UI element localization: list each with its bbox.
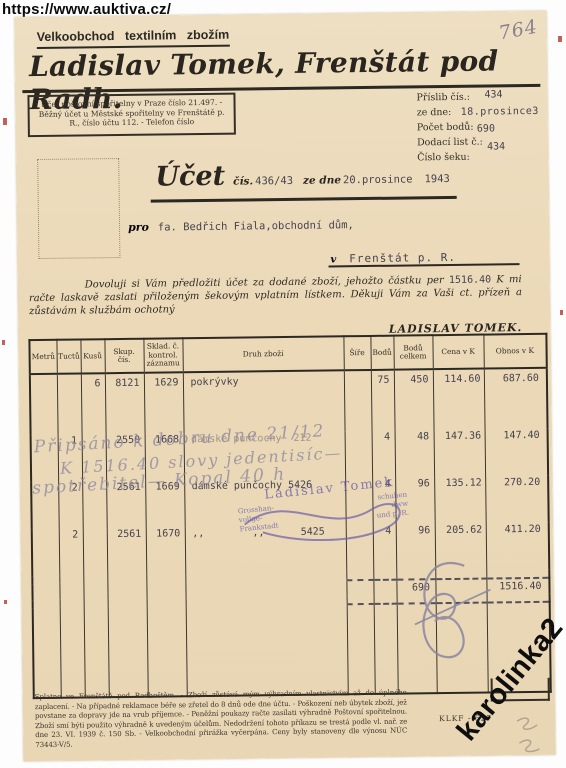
stamp-signature-swirl [232,474,433,556]
handwritten-number: 764 [497,16,540,45]
empty-stamp-frame [37,158,120,259]
pencil-marks [511,711,552,761]
field-value: 690 [477,123,495,134]
pencil-paraph [400,557,496,668]
col-header: Bodů [370,336,393,370]
field-prislib: Příslib čís.: 434 [416,91,546,108]
recipient-line: pro fa. Bedřich Fiala,obchodní dům, [128,218,354,234]
field-dodaci-list: Dodací list č.: 434 [417,136,547,153]
col-header: Druh zboží [182,336,343,372]
ze-dne-label: ze dne [303,174,341,186]
col-header: Cena v K [432,335,483,370]
field-label: ze dne: [417,107,452,118]
invoice-document: Velkoobchod textilním zbožím Ladislav To… [14,11,555,761]
field-label: Příslib čís.: [416,92,470,104]
col-header: Bodů celkem [393,335,432,369]
recipient-name: fa. Bedřich Fiala,obchodní dům, [158,219,354,233]
col-header: Skup. čís. [104,339,143,373]
col-header: Metrů [29,340,56,374]
body-paragraph: Dovoluji si Vám předložiti účet za dodan… [29,273,522,318]
recipient-place: Frenštát p. R. [349,251,456,265]
invoice-heading: Účet čís. 436/43 ze dne 20.prosince 1943 [155,158,460,193]
field-ze-dne: ze dne: 18.prosince3 [417,106,547,123]
field-value: 18.prosince3 [461,106,539,118]
field-value: 434 [484,89,502,100]
pro-label: pro [128,221,149,234]
field-pocet-bodu: Počet bodů: 690 [417,121,547,138]
letterhead-tagline: Velkoobchod textilním zbožím [37,28,230,49]
invoice-title: Účet [155,161,225,193]
invoice-year: 1943 [424,173,449,185]
col-header: Kusů [80,339,104,373]
col-header: Tuctů [56,339,80,373]
reference-fields: Příslib čís.: 434 ze dne: 18.prosince3 P… [416,91,547,168]
amount-typed: 1516.40 [449,274,491,286]
v-label: v [330,254,336,265]
terms-fine-print: Splatno ve Frenštátě pod Radhoštěm. - Zb… [35,689,408,751]
field-label: Počet bodů: [417,122,474,134]
col-header: Sklad. č. kontrol. záznamu [143,338,182,372]
col-header: Šíře [343,336,370,370]
invoice-underline [151,196,457,202]
invoice-number: 436/43 [255,175,293,187]
bank-info-box: Účet poštovní spořitelny v Praze číslo 2… [27,93,235,138]
field-label: Dodací list č.: [417,137,483,149]
col-header: Obnos v K [483,334,546,369]
invoice-date: 20.prosince [343,173,413,186]
cis-label: čís. [233,175,253,187]
total-amount: 1516.40 [486,577,549,594]
